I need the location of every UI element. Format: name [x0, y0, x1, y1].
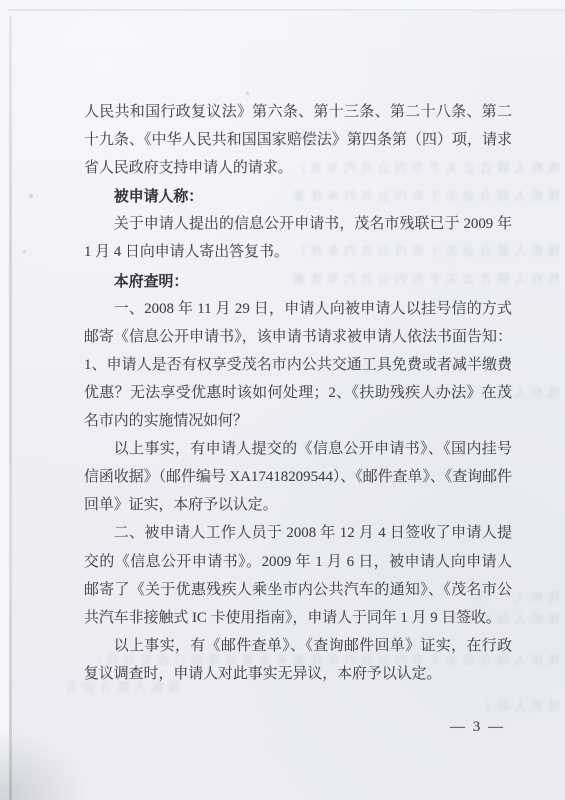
- paragraph: 以上事实，有申请人提交的《信息公开申请书》、《国内挂号信函收据》（邮件编号 XA…: [84, 435, 512, 519]
- scan-top-edge-line: [0, 9, 565, 11]
- paragraph: 二、被申请人工作人员于 2008 年 12 月 4 日签收了申请人提交的《信息公…: [84, 519, 512, 631]
- paragraph: 一、2008 年 11 月 29 日，申请人向被申请人以挂号信的方式邮寄《信息公…: [84, 295, 512, 435]
- section-heading: 被申请人称：: [84, 182, 512, 210]
- paragraph: 关于申请人提出的信息公开申请书，茂名市残联已于 2009 年 1 月 4 日向申…: [84, 210, 512, 266]
- scan-left-margin: [0, 0, 9, 800]
- page-number: — 3 —: [450, 719, 505, 736]
- section-heading: 本府查明：: [84, 267, 512, 295]
- paragraph: 人民共和国行政复议法》第六条、第十三条、第二十八条、第二十九条、《中华人民共和国…: [84, 98, 512, 182]
- paragraph: 以上事实，有《邮件查单》、《查询邮件回单》证实，在行政复议调查时，申请人对此事实…: [84, 632, 512, 688]
- scan-speck: [23, 250, 26, 253]
- bleed-through-text: 残疾人联合会关于市内公共汽车优惠乘坐事项通知行政复议决定依法书面告知申请材料证实…: [486, 699, 560, 714]
- scan-top-edge: [0, 0, 565, 9]
- scanned-document-page: 残疾人联合会关于市内公共汽车优惠乘坐事项通知行政复议决定依法书面告知申请材料证实…: [0, 0, 565, 800]
- scan-speck: [29, 194, 33, 198]
- corner-shadow: [0, 725, 95, 800]
- page-edge-shadow: [9, 16, 12, 800]
- bleed-through-text: 残疾人联合会关于市内公共汽车优惠乘坐事项通知行政复议决定依法书面告知申请材料证实…: [506, 590, 560, 605]
- document-body: 人民共和国行政复议法》第六条、第十三条、第二十八条、第二十九条、《中华人民共和国…: [84, 98, 512, 688]
- scan-speck: [246, 92, 249, 95]
